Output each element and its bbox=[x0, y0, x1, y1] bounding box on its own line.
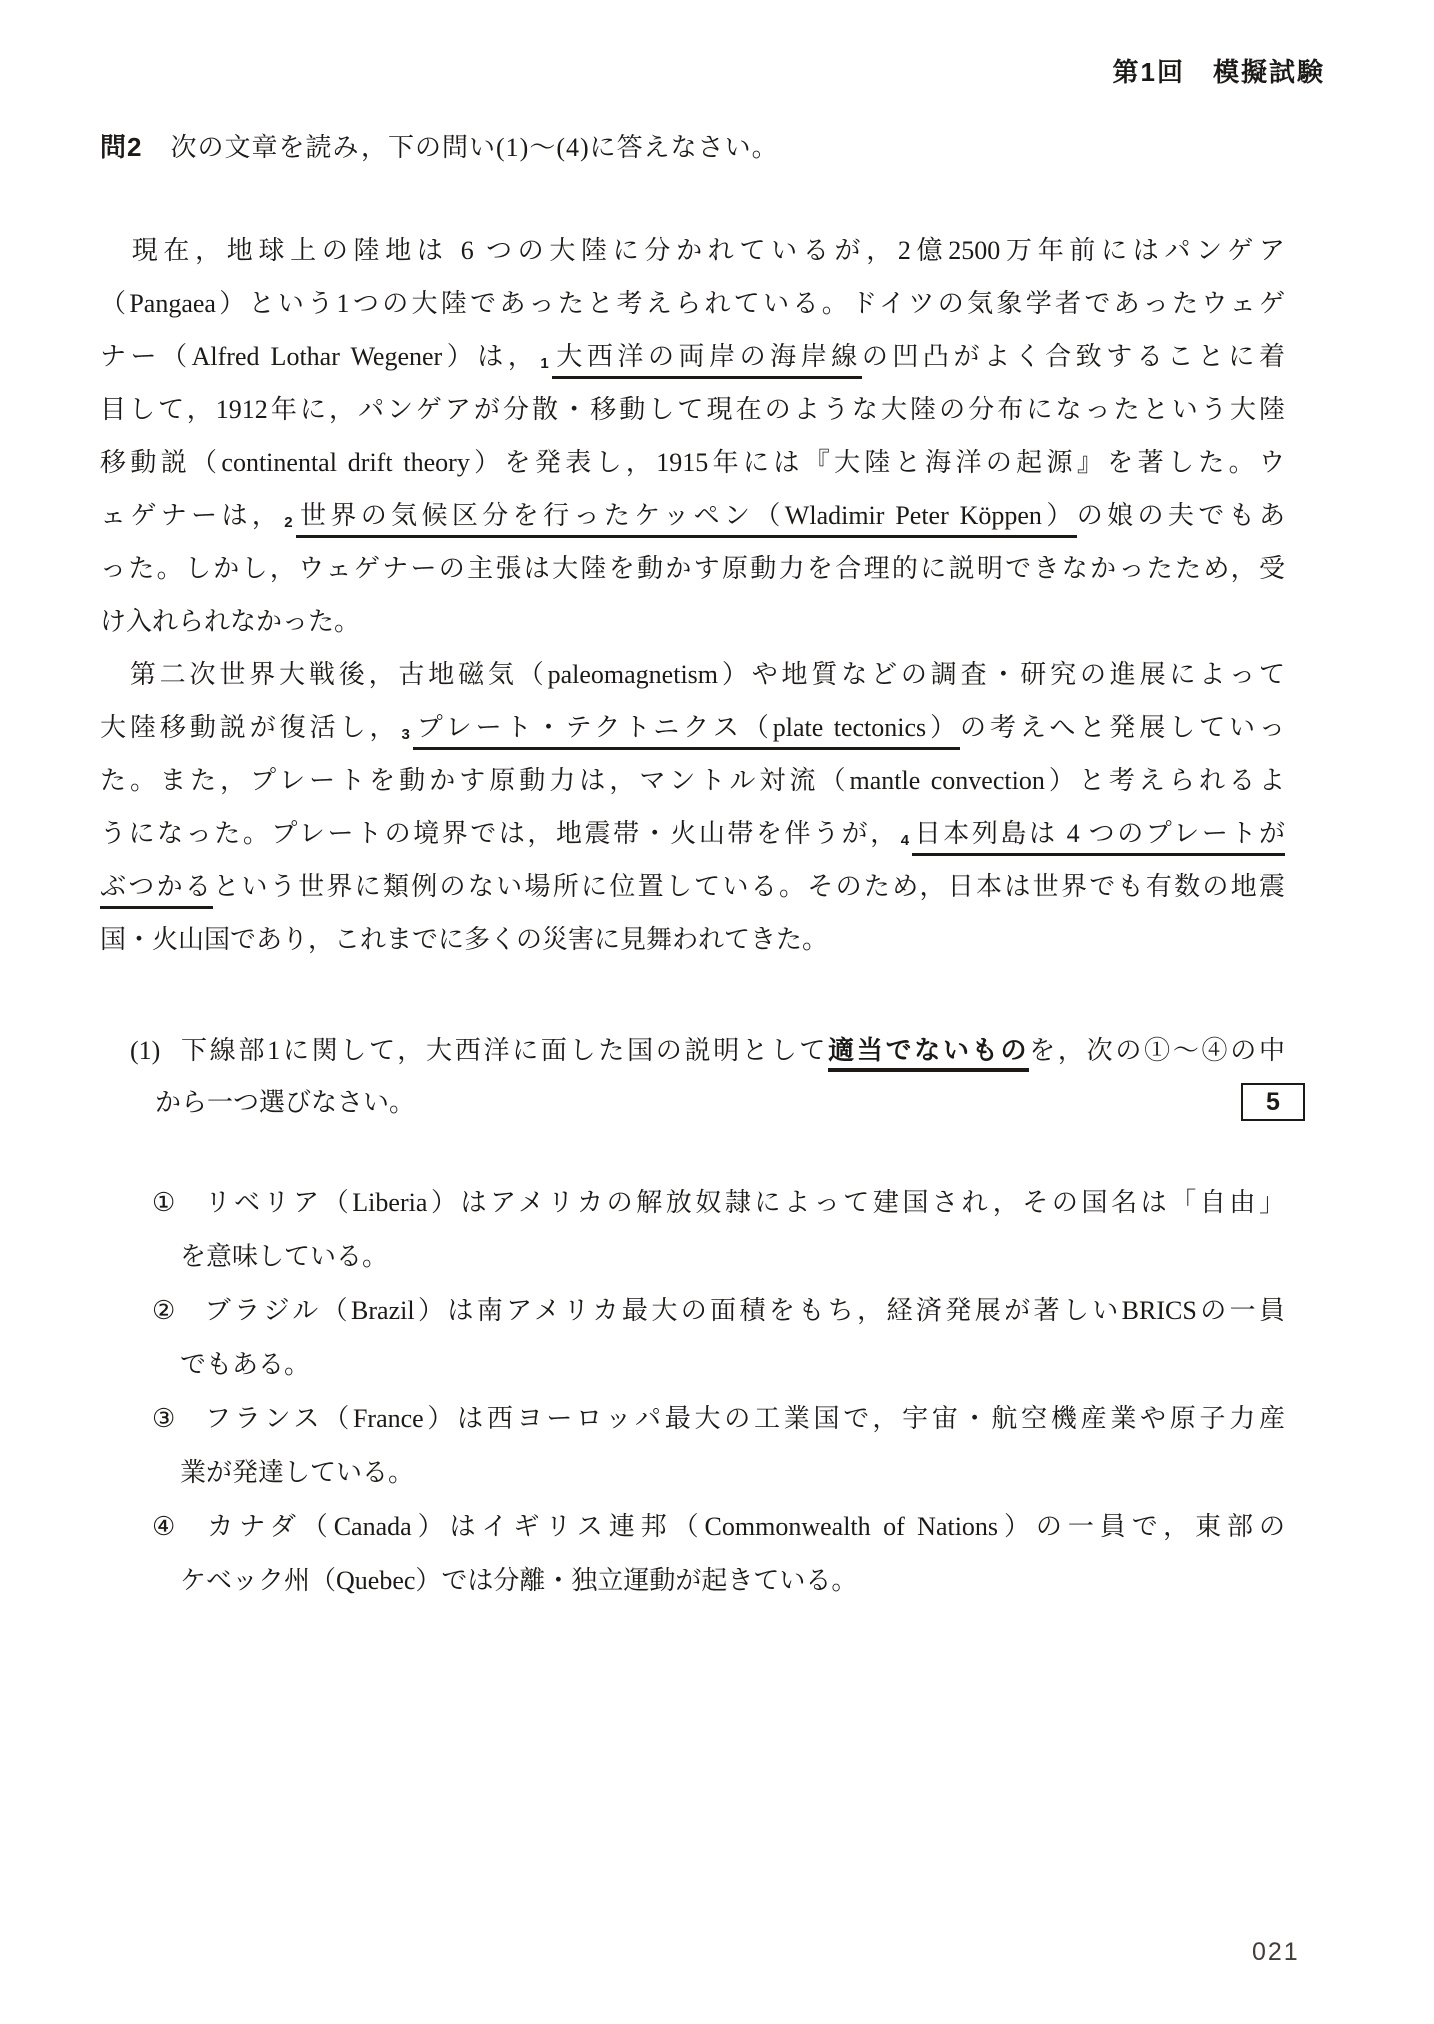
text-run: 下線部1に関して，大西洋に面した国の説明として bbox=[178, 1036, 828, 1065]
choice-3-line-1: ③フランス（France）は西ヨーロッパ最大の工業国で，宇宙・航空機産業や原子力… bbox=[152, 1402, 1285, 1436]
text-run: カナダ（Canada）はイギリス連邦（Commonwealth of Natio… bbox=[207, 1512, 1285, 1541]
passage-line-3: ナー（Alfred Lothar Wegener）は，1大西洋の両岸の海岸線の凹… bbox=[100, 340, 1285, 381]
question2-label: 問2 bbox=[100, 132, 142, 162]
emphasis-not-appropriate: 適当でないもの bbox=[828, 1035, 1029, 1072]
text-run: うになった。プレートの境界では，地震帯・火山帯を伴うが， bbox=[100, 819, 899, 848]
underlined-phrase: プレート・テクトニクス（plate tectonics） bbox=[413, 713, 960, 750]
passage-line-9: 第二次世界大戦後，古地磁気（paleomagnetism）や地質などの調査・研究… bbox=[100, 658, 1285, 692]
text-run: 第二次世界大戦後，古地磁気（paleomagnetism）や地質などの調査・研究… bbox=[100, 660, 1285, 689]
text-run: た。また，プレートを動かす原動力は，マントル対流（mantle convecti… bbox=[100, 766, 1285, 795]
choice-1-marker: ① bbox=[152, 1188, 179, 1217]
page-header: 第1回 模擬試験 bbox=[0, 52, 1325, 89]
question2-instruction: 次の文章を読み，下の問い(1)～(4)に答えなさい。 bbox=[170, 133, 778, 162]
question1-line-1: (1)下線部1に関して，大西洋に面した国の説明として適当でないものを，次の①～④… bbox=[130, 1033, 1285, 1068]
underlined-phrase: 世界の気候区分を行ったケッペン（Wladimir Peter Köppen） bbox=[296, 501, 1077, 538]
passage-line-2: （Pangaea）という1つの大陸であったと考えられている。ドイツの気象学者であ… bbox=[100, 287, 1285, 321]
page-number: 021 bbox=[1252, 1938, 1300, 1967]
choice-2-line-1: ②ブラジル（Brazil）は南アメリカ最大の面積をもち，経済発展が著しいBRIC… bbox=[152, 1294, 1285, 1328]
choice-4-line-2: ケベック州（Quebec）では分離・独立運動が起きている。 bbox=[180, 1564, 857, 1598]
text-run: ェゲナーは， bbox=[100, 501, 282, 530]
underlined-phrase: ぶつかる bbox=[100, 872, 213, 909]
choice-4-line-1: ④カナダ（Canada）はイギリス連邦（Commonwealth of Nati… bbox=[152, 1510, 1285, 1544]
text-run: ナー（Alfred Lothar Wegener）は， bbox=[100, 342, 538, 371]
choice-1-line-1: ①リベリア（Liberia）はアメリカの解放奴隷によって建国され，その国名は「自… bbox=[152, 1186, 1285, 1220]
choice-3-marker: ③ bbox=[152, 1404, 179, 1433]
passage-line-8: け入れられなかった。 bbox=[100, 605, 1285, 639]
text-run: の娘の夫でもあ bbox=[1077, 501, 1285, 530]
underline-number: 4 bbox=[901, 832, 909, 849]
text-run: ブラジル（Brazil）は南アメリカ最大の面積をもち，経済発展が著しいBRICS… bbox=[205, 1296, 1285, 1325]
choice-2-marker: ② bbox=[152, 1296, 179, 1325]
passage-line-1: 現在，地球上の陸地は 6 つの大陸に分かれているが，2億2500万年前にはパンゲ… bbox=[100, 234, 1285, 268]
choice-3-line-2: 業が発達している。 bbox=[180, 1456, 414, 1490]
underlined-phrase: 日本列島は 4 つのプレートが bbox=[912, 819, 1285, 856]
passage-line-10: 大陸移動説が復活し，3プレート・テクトニクス（plate tectonics）の… bbox=[100, 711, 1285, 752]
question-number-label: (1) bbox=[130, 1036, 160, 1065]
text-run: 目して，1912年に，パンゲアが分散・移動して現在のような大陸の分布になったとい… bbox=[100, 395, 1285, 424]
text-run: という世界に類例のない場所に位置している。そのため，日本は世界でも有数の地震 bbox=[213, 872, 1285, 901]
text-run: 現在，地球上の陸地は 6 つの大陸に分かれているが，2億2500万年前にはパンゲ… bbox=[100, 236, 1285, 265]
answer-box-number: 5 bbox=[1266, 1088, 1280, 1117]
choice-4-marker: ④ bbox=[152, 1512, 181, 1541]
question1-line-2: から一つ選びなさい。 bbox=[155, 1086, 415, 1120]
passage-line-11: た。また，プレートを動かす原動力は，マントル対流（mantle convecti… bbox=[100, 764, 1285, 798]
passage-line-4: 目して，1912年に，パンゲアが分散・移動して現在のような大陸の分布になったとい… bbox=[100, 393, 1285, 427]
text-run: の考えへと発展していっ bbox=[960, 713, 1285, 742]
choice-2-line-2: でもある。 bbox=[180, 1348, 310, 1382]
underline-number: 1 bbox=[540, 355, 548, 372]
text-run: リベリア（Liberia）はアメリカの解放奴隷によって建国され，その国名は「自由… bbox=[205, 1188, 1285, 1217]
text-run: け入れられなかった。 bbox=[100, 607, 360, 636]
passage-line-5: 移動説（continental drift theory）を発表し，1915年に… bbox=[100, 446, 1285, 480]
text-run: の凹凸がよく合致することに着 bbox=[862, 342, 1285, 371]
text-run: った。しかし，ウェゲナーの主張は大陸を動かす原動力を合理的に説明できなかったため… bbox=[100, 554, 1285, 583]
underline-number: 3 bbox=[401, 726, 409, 743]
passage-line-7: った。しかし，ウェゲナーの主張は大陸を動かす原動力を合理的に説明できなかったため… bbox=[100, 552, 1285, 586]
underline-number: 2 bbox=[284, 514, 292, 531]
choice-1-line-2: を意味している。 bbox=[180, 1240, 388, 1274]
text-run: フランス（France）は西ヨーロッパ最大の工業国で，宇宙・航空機産業や原子力産 bbox=[205, 1404, 1285, 1433]
question2-heading: 問2次の文章を読み，下の問い(1)～(4)に答えなさい。 bbox=[100, 127, 779, 164]
passage-line-12: うになった。プレートの境界では，地震帯・火山帯を伴うが，4日本列島は 4 つのプ… bbox=[100, 817, 1285, 858]
exam-page: 第1回 模擬試験 問2次の文章を読み，下の問い(1)～(4)に答えなさい。 現在… bbox=[0, 0, 1434, 2024]
passage-line-13: ぶつかるという世界に類例のない場所に位置している。そのため，日本は世界でも有数の… bbox=[100, 870, 1285, 904]
underlined-phrase: 大西洋の両岸の海岸線 bbox=[552, 342, 862, 379]
passage-line-14: 国・火山国であり，これまでに多くの災害に見舞われてきた。 bbox=[100, 923, 1285, 957]
text-run: 移動説（continental drift theory）を発表し，1915年に… bbox=[100, 448, 1285, 477]
text-run: 国・火山国であり，これまでに多くの災害に見舞われてきた。 bbox=[100, 925, 828, 954]
answer-box: 5 bbox=[1241, 1083, 1305, 1121]
passage-line-6: ェゲナーは，2世界の気候区分を行ったケッペン（Wladimir Peter Kö… bbox=[100, 499, 1285, 540]
text-run: 大陸移動説が復活し， bbox=[100, 713, 399, 742]
text-run: を，次の①～④の中 bbox=[1029, 1036, 1285, 1065]
text-run: （Pangaea）という1つの大陸であったと考えられている。ドイツの気象学者であ… bbox=[100, 289, 1285, 318]
